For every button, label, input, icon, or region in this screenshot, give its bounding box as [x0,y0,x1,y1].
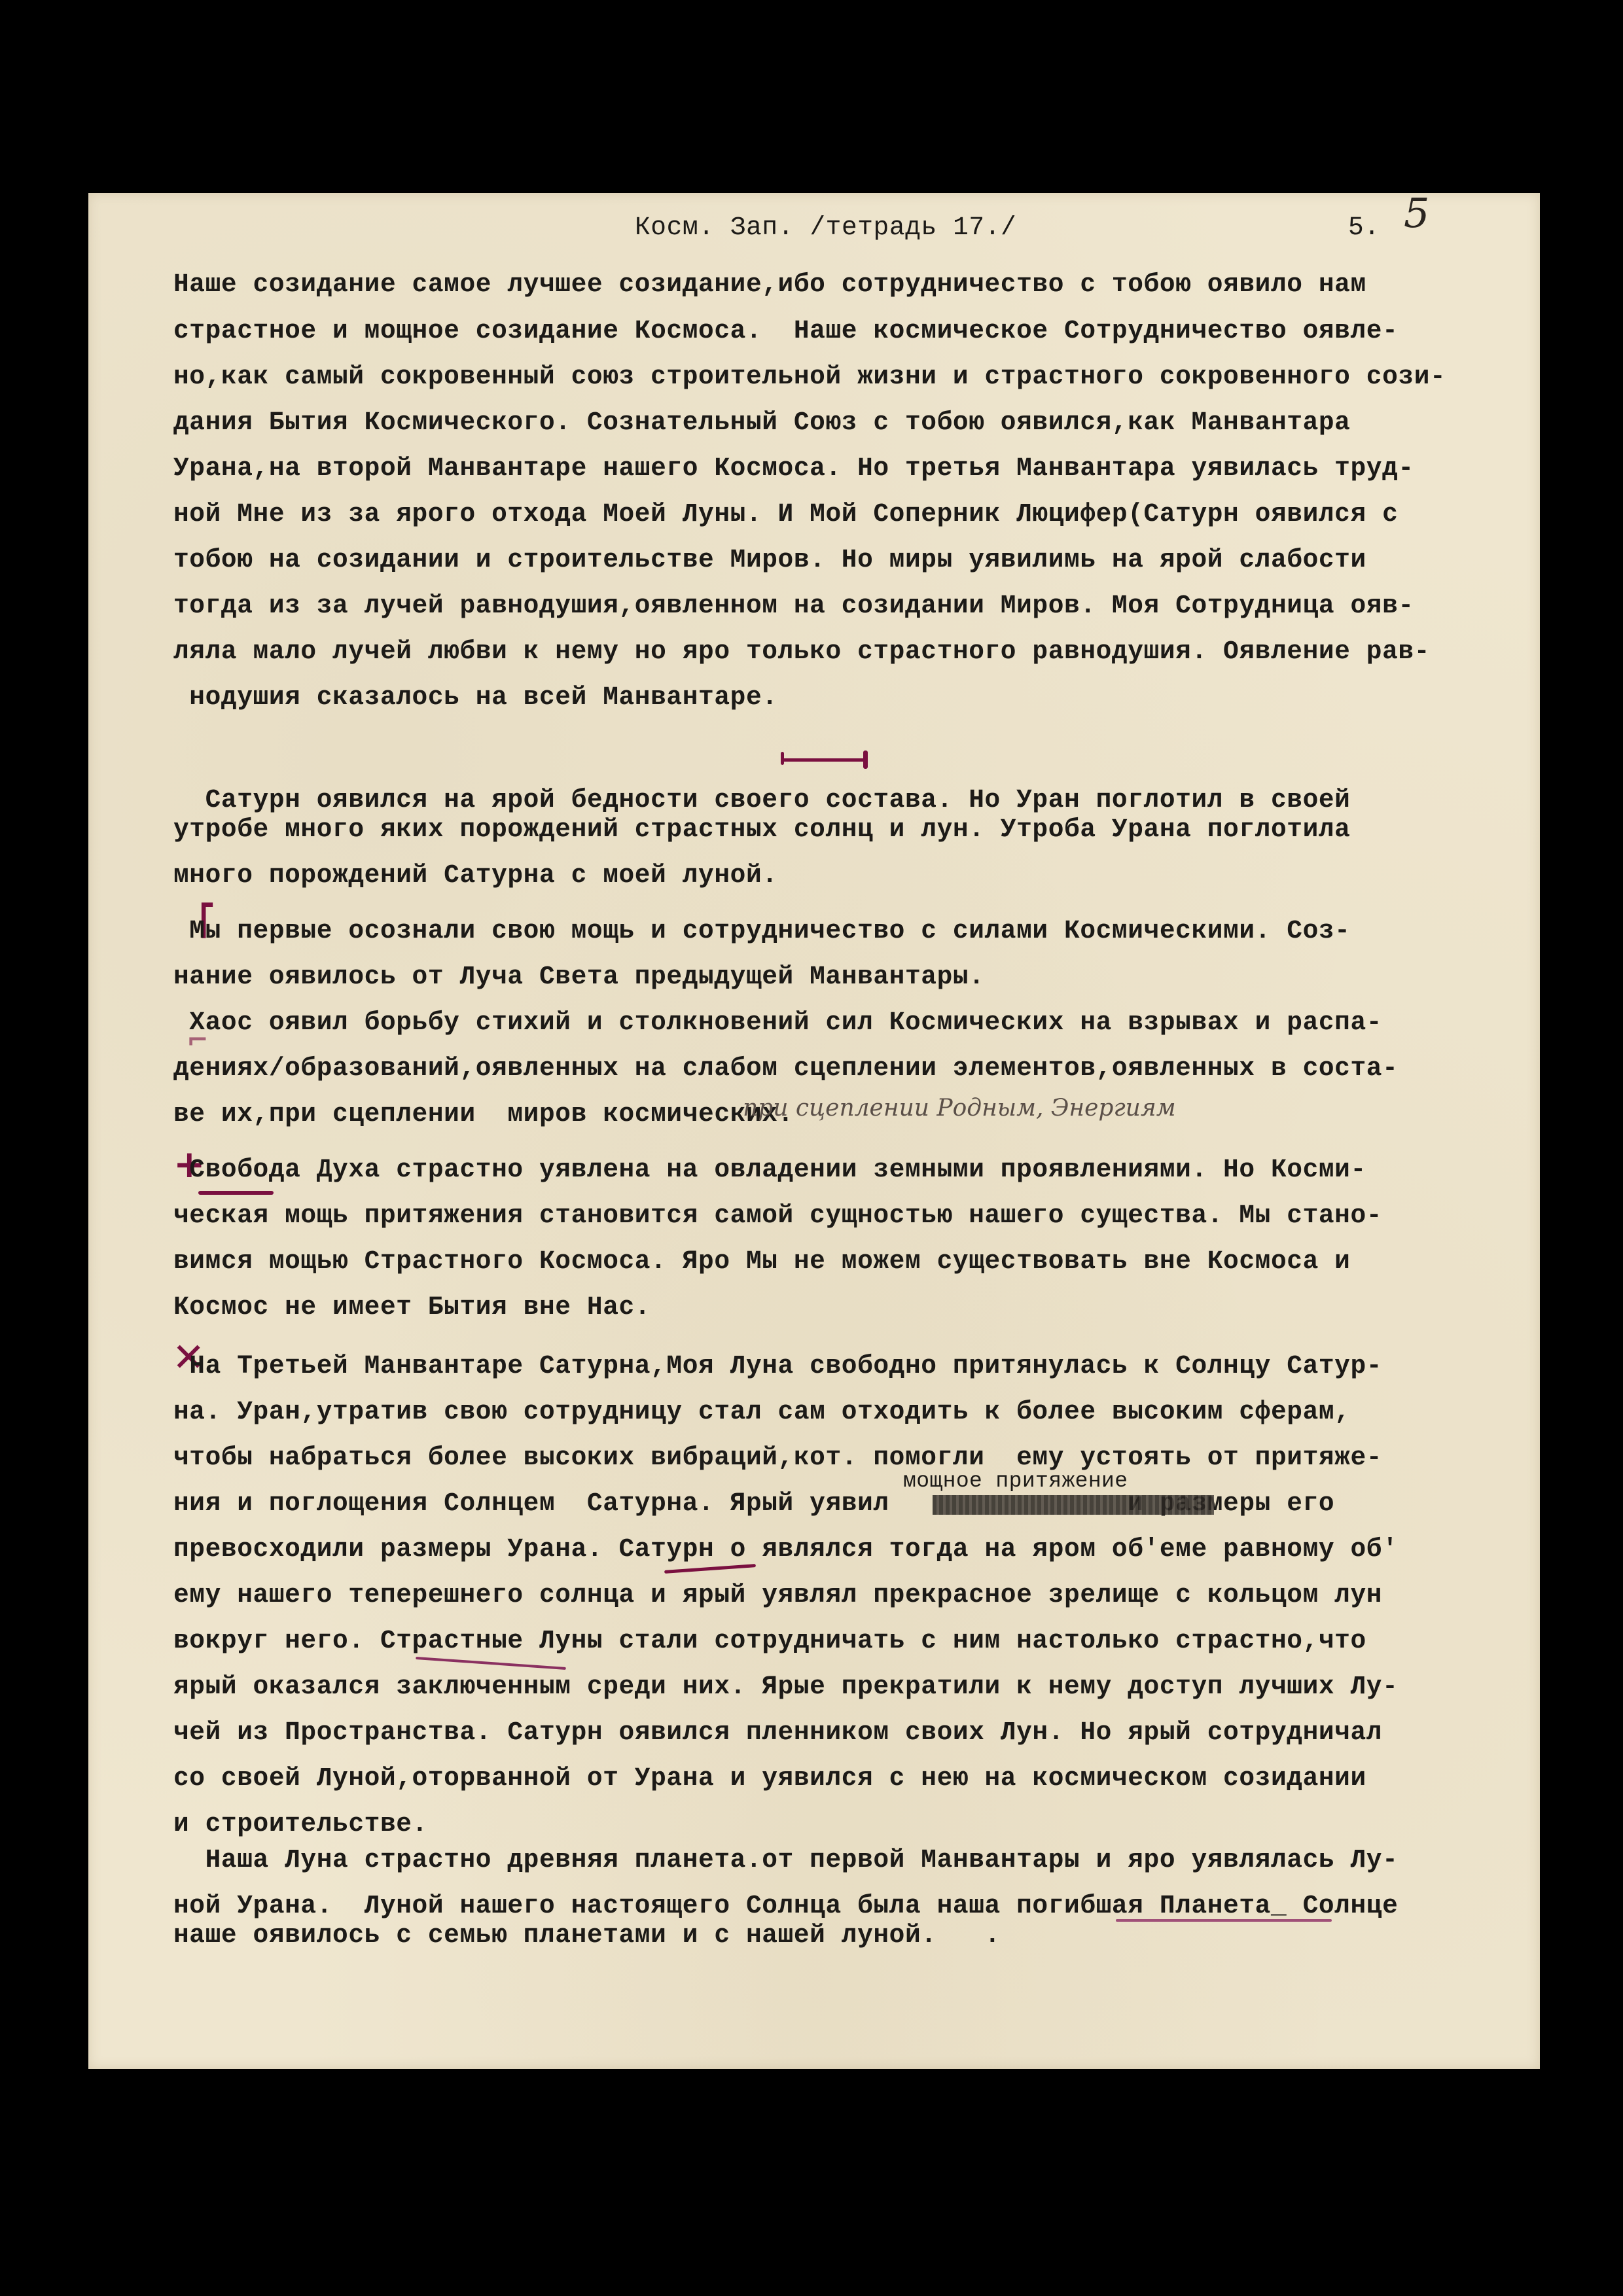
divider-tick [781,752,784,765]
text-line: много порождений Сатурна с моей луной. [173,860,778,890]
text-line: со своей Луной,оторванной от Урана и уяв… [173,1763,1366,1793]
typed-page-number: 5. [1348,213,1380,242]
text-line: наше оявилось с семью планетами и с наше… [173,1920,1001,1950]
text-line: На Третьей Манвантаре Сатурна,Моя Луна с… [173,1351,1382,1381]
section-divider-mark [782,758,866,762]
underline-mark [1116,1919,1332,1922]
text-line: страстное и мощное созидание Космоса. На… [173,316,1398,345]
text-line: ческая мощь притяжения становится самой … [173,1201,1382,1230]
text-line: Урана,на второй Манвантаре нашего Космос… [173,453,1414,483]
text-line: дания Бытия Космического. Сознательный С… [173,408,1351,437]
text-line: утробе много яких порождений страстных с… [173,815,1351,844]
text-line: Космос не имеет Бытия вне Нас. [173,1292,651,1322]
text-line: ве их,при сцеплении миров космических. [173,1099,794,1129]
underline-mark [664,1564,756,1574]
margin-check-mark: ⌐ [187,1027,209,1053]
document-page: Косм. Зап. /тетрадь 17./ 5. 5 Наше созид… [88,193,1540,2069]
text-line: дениях/образований,оявленных на слабом с… [173,1053,1398,1083]
handwritten-page-number: 5 [1404,189,1429,237]
text-line: Сатурн оявился на ярой бедности своего с… [173,785,1351,815]
struck-out-word [933,1495,1214,1515]
text-line: и строительстве. [173,1809,428,1839]
text-line: ему нашего теперешнего солнца и ярый уяв… [173,1580,1382,1610]
text-line: Хаос оявил борьбу стихий и столкновений … [173,1008,1382,1037]
text-line: ярый оказался заключенным среди них. Яры… [173,1672,1398,1701]
text-line: нание оявилось от Луча Света предыдущей … [173,962,985,991]
text-line: тогда из за лучей равнодушия,оявленном н… [173,591,1414,620]
text-line: тобою на созидании и строительстве Миров… [173,545,1366,574]
text-line: Наша Луна страстно древняя планета.от пе… [173,1845,1398,1875]
text-line: вимся мощью Страстного Космоса. Яро Мы н… [173,1246,1351,1276]
text-line: нодушия сказалось на всей Манвантаре. [173,682,778,712]
divider-tick [863,751,868,769]
text-line: но,как самый сокровенный союз строительн… [173,362,1446,391]
page-header: Косм. Зап. /тетрадь 17./ [635,213,1016,242]
text-line: на. Уран,утратив свою сотрудницу стал са… [173,1397,1351,1426]
text-line: ной Мне из за ярого отхода Моей Луны. И … [173,499,1398,529]
text-line: ной Урана. Луной нашего настоящего Солнц… [173,1891,1398,1920]
underline-mark [416,1657,566,1670]
text-line: вокруг него. Страстные Луны стали сотруд… [173,1626,1366,1655]
handwritten-note: при сцеплении Родным, Энергиям [743,1095,1176,1122]
text-line: Наше созидание самое лучшее созидание,иб… [173,270,1366,299]
text-line: Мы первые осознали свою мощь и сотруднич… [173,916,1351,945]
underline-mark [198,1191,274,1195]
text-line: чей из Пространства. Сатурн оявился плен… [173,1718,1382,1747]
text-line: ляла мало лучей любви к нему но яро толь… [173,637,1430,666]
text-line: Свобода Духа страстно уявлена на овладен… [173,1155,1366,1184]
text-line: чтобы набраться более высоких вибраций,к… [173,1443,1382,1472]
text-line: превосходили размеры Урана. Сатурн о явл… [173,1534,1398,1564]
